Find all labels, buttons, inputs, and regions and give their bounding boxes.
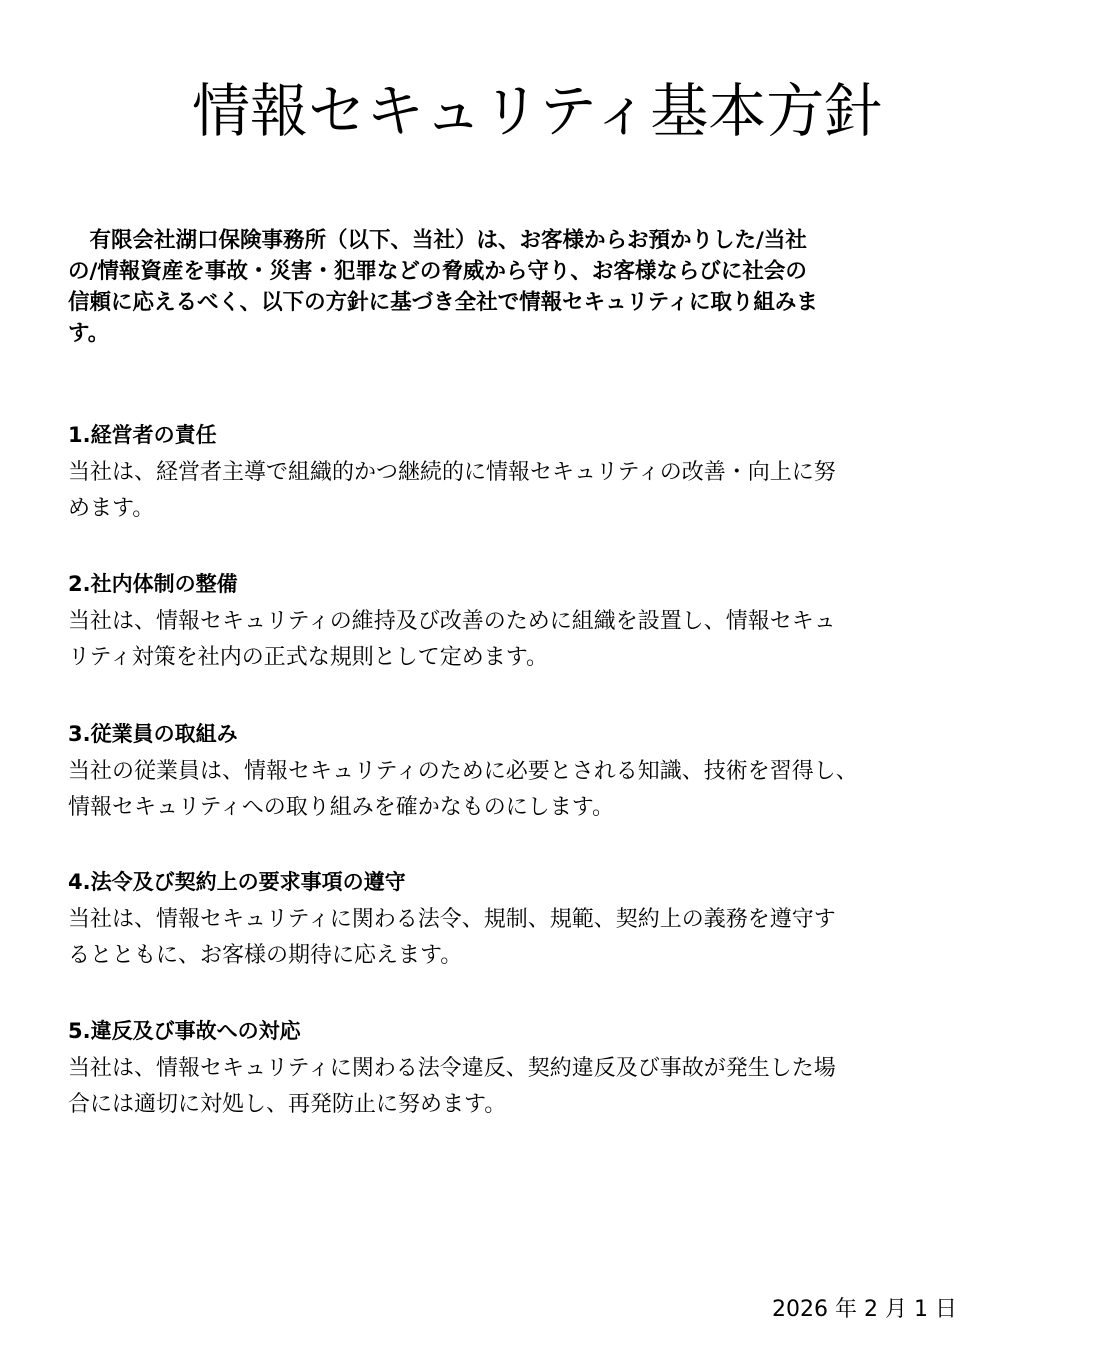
section-body-line: 当社は、情報セキュリティに関わる法令違反、契約違反及び事故が発生した場	[68, 1051, 988, 1087]
section-heading: 5.違反及び事故への対応	[68, 1017, 988, 1045]
section-body-line: 当社は、経営者主導で組織的かつ継続的に情報セキュリティの改善・向上に努	[68, 455, 988, 491]
section-body-line: リティ対策を社内の正式な規則として定めます。	[68, 640, 988, 676]
intro-line: す。	[68, 318, 968, 349]
section-internal-structure: 2.社内体制の整備 当社は、情報セキュリティの維持及び改善のために組織を設置し、…	[68, 570, 988, 676]
section-body: 当社は、情報セキュリティの維持及び改善のために組織を設置し、情報セキュ リティ対…	[68, 604, 988, 676]
section-body-line: 当社の従業員は、情報セキュリティのために必要とされる知識、技術を習得し、	[68, 754, 988, 790]
section-legal-compliance: 4.法令及び契約上の要求事項の遵守 当社は、情報セキュリティに関わる法令、規制、…	[68, 868, 988, 974]
section-heading: 4.法令及び契約上の要求事項の遵守	[68, 868, 988, 896]
document-date: 2026 年 2 月 1 日	[772, 1295, 957, 1325]
section-body-line: めます。	[68, 491, 988, 527]
section-heading: 1.経営者の責任	[68, 421, 988, 449]
intro-line: 信頼に応えるべく、以下の方針に基づき全社で情報セキュリティに取り組みま	[68, 287, 968, 318]
section-body: 当社は、情報セキュリティに関わる法令、規制、規範、契約上の義務を遵守す るととも…	[68, 902, 988, 974]
section-employee-efforts: 3.従業員の取組み 当社の従業員は、情報セキュリティのために必要とされる知識、技…	[68, 720, 988, 826]
section-body: 当社は、経営者主導で組織的かつ継続的に情報セキュリティの改善・向上に努 めます。	[68, 455, 988, 527]
section-management-responsibility: 1.経営者の責任 当社は、経営者主導で組織的かつ継続的に情報セキュリティの改善・…	[68, 421, 988, 527]
page-title: 情報セキュリティ基本方針	[192, 76, 882, 146]
section-body-line: 合には適切に対処し、再発防止に努めます。	[68, 1087, 988, 1123]
section-body: 当社は、情報セキュリティに関わる法令違反、契約違反及び事故が発生した場 合には適…	[68, 1051, 988, 1123]
section-body: 当社の従業員は、情報セキュリティのために必要とされる知識、技術を習得し、 情報セ…	[68, 754, 988, 826]
intro-line: の/情報資産を事故・災害・犯罪などの脅威から守り、お客様ならびに社会の	[68, 256, 968, 287]
intro-line: 有限会社湖口保険事務所（以下、当社）は、お客様からお預かりした/当社	[68, 225, 968, 256]
section-body-line: 当社は、情報セキュリティの維持及び改善のために組織を設置し、情報セキュ	[68, 604, 988, 640]
intro-paragraph: 有限会社湖口保険事務所（以下、当社）は、お客様からお預かりした/当社 の/情報資…	[68, 225, 968, 349]
section-body-line: るとともに、お客様の期待に応えます。	[68, 938, 988, 974]
section-body-line: 当社は、情報セキュリティに関わる法令、規制、規範、契約上の義務を遵守す	[68, 902, 988, 938]
section-heading: 2.社内体制の整備	[68, 570, 988, 598]
section-heading: 3.従業員の取組み	[68, 720, 988, 748]
section-incident-response: 5.違反及び事故への対応 当社は、情報セキュリティに関わる法令違反、契約違反及び…	[68, 1017, 988, 1123]
section-body-line: 情報セキュリティへの取り組みを確かなものにします。	[68, 790, 988, 826]
